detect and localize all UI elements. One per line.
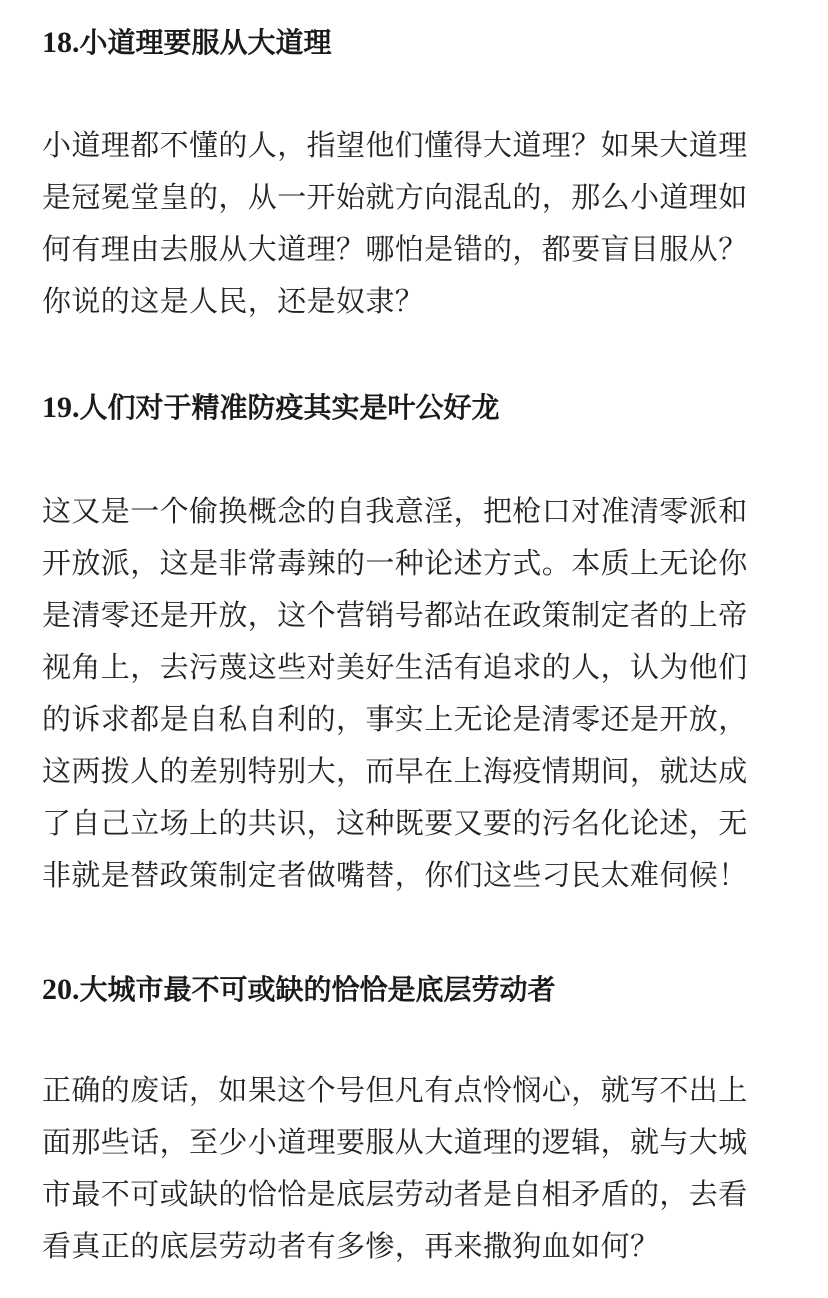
- section-18-paragraph: 小道理都不懂的人，指望他们懂得大道理？如果大道理 是冠冕堂皇的，从一开始就方向混…: [42, 119, 802, 327]
- paragraph-line: 小道理都不懂的人，指望他们懂得大道理？如果大道理: [42, 119, 802, 171]
- section-18-heading: 18.小道理要服从大道理: [42, 23, 332, 63]
- paragraph-line: 这又是一个偷换概念的自我意淫，把枪口对准清零派和: [42, 485, 802, 537]
- paragraph-line: 看真正的底层劳动者有多惨，再来撒狗血如何？: [42, 1220, 802, 1272]
- section-19-paragraph: 这又是一个偷换概念的自我意淫，把枪口对准清零派和 开放派，这是非常毒辣的一种论述…: [42, 485, 802, 901]
- section-title: 小道理要服从大道理: [80, 26, 332, 59]
- paragraph-line: 视角上，去污蔑这些对美好生活有追求的人，认为他们: [42, 641, 802, 693]
- paragraph-line: 了自己立场上的共识，这种既要又要的污名化论述，无: [42, 797, 802, 849]
- article-page: 18.小道理要服从大道理 小道理都不懂的人，指望他们懂得大道理？如果大道理 是冠…: [0, 0, 828, 1298]
- paragraph-line: 非就是替政策制定者做嘴替，你们这些刁民太难伺候！: [42, 849, 802, 901]
- section-20-paragraph: 正确的废话，如果这个号但凡有点怜悯心，就写不出上 面那些话，至少小道理要服从大道…: [42, 1064, 802, 1272]
- section-number: 20.: [42, 973, 80, 1006]
- section-number: 18.: [42, 26, 80, 59]
- paragraph-line: 市最不可或缺的恰恰是底层劳动者是自相矛盾的，去看: [42, 1168, 802, 1220]
- paragraph-line: 这两拨人的差别特别大，而早在上海疫情期间，就达成: [42, 745, 802, 797]
- section-title: 大城市最不可或缺的恰恰是底层劳动者: [80, 973, 556, 1006]
- section-20-heading: 20.大城市最不可或缺的恰恰是底层劳动者: [42, 970, 556, 1010]
- paragraph-line: 的诉求都是自私自利的，事实上无论是清零还是开放，: [42, 693, 802, 745]
- paragraph-line: 正确的废话，如果这个号但凡有点怜悯心，就写不出上: [42, 1064, 802, 1116]
- paragraph-line: 何有理由去服从大道理？哪怕是错的，都要盲目服从？: [42, 223, 802, 275]
- section-title: 人们对于精准防疫其实是叶公好龙: [80, 391, 500, 424]
- paragraph-line: 你说的这是人民，还是奴隶？: [42, 275, 802, 327]
- section-number: 19.: [42, 391, 80, 424]
- section-19-heading: 19.人们对于精准防疫其实是叶公好龙: [42, 388, 500, 428]
- paragraph-line: 是清零还是开放，这个营销号都站在政策制定者的上帝: [42, 589, 802, 641]
- paragraph-line: 开放派，这是非常毒辣的一种论述方式。本质上无论你: [42, 537, 802, 589]
- paragraph-line: 面那些话，至少小道理要服从大道理的逻辑，就与大城: [42, 1116, 802, 1168]
- paragraph-line: 是冠冕堂皇的，从一开始就方向混乱的，那么小道理如: [42, 171, 802, 223]
